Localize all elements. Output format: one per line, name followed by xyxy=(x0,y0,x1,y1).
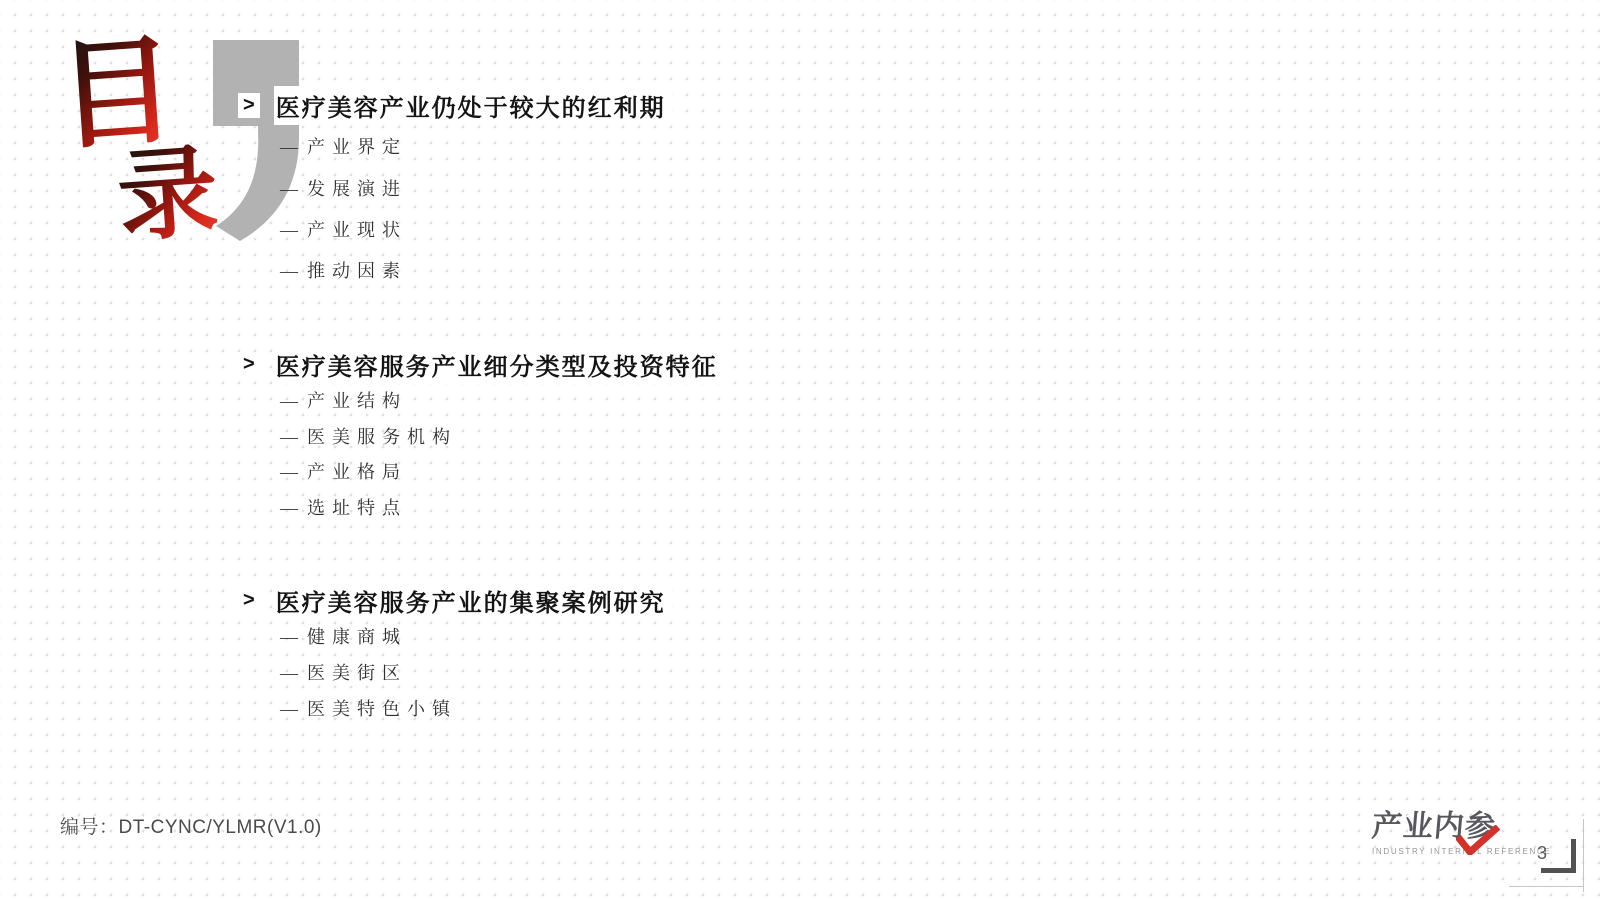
section-3-marker: > xyxy=(238,588,260,613)
toc-title-char-mu: 目 xyxy=(54,32,180,158)
toc-item-3-2: —医美街区 xyxy=(280,659,407,685)
corner-mark-horizontal xyxy=(1541,868,1576,873)
toc-item-label: 健康商城 xyxy=(307,627,407,647)
red-checkmark-icon xyxy=(1456,825,1500,855)
toc-item-label: 推动因素 xyxy=(307,261,407,281)
toc-title-char-lu: 录 xyxy=(115,143,222,250)
toc-item-label: 发展演进 xyxy=(307,179,407,199)
toc-item-1-3: —产业现状 xyxy=(280,216,407,242)
slide-canvas: 目 录 > 医疗美容产业仍处于较大的红利期 —产业界定 —发展演进 —产业现状 … xyxy=(0,0,1600,900)
toc-item-1-2: —发展演进 xyxy=(280,175,407,201)
section-1-heading: 医疗美容产业仍处于较大的红利期 xyxy=(274,86,672,125)
item-dash: — xyxy=(280,137,305,157)
toc-item-label: 医美街区 xyxy=(307,663,407,683)
toc-item-1-4: —推动因素 xyxy=(280,257,407,283)
item-dash: — xyxy=(280,498,305,518)
corner-line-horizontal xyxy=(1509,886,1584,887)
item-dash: — xyxy=(280,627,305,647)
section-2-heading: 医疗美容服务产业细分类型及投资特征 xyxy=(274,345,724,384)
toc-item-2-1: —产业结构 xyxy=(280,387,407,413)
item-dash: — xyxy=(280,261,305,281)
item-dash: — xyxy=(280,663,305,683)
brand-logo: 产业内参 INDUSTRY INTERNAL REFERENCE xyxy=(1372,810,1542,856)
toc-item-label: 产业格局 xyxy=(307,462,407,482)
toc-item-label: 选址特点 xyxy=(307,498,407,518)
item-dash: — xyxy=(280,220,305,240)
toc-item-label: 产业结构 xyxy=(307,391,407,411)
toc-item-2-4: —选址特点 xyxy=(280,494,407,520)
toc-item-1-1: —产业界定 xyxy=(280,133,407,159)
item-dash: — xyxy=(280,179,305,199)
toc-item-label: 医美服务机构 xyxy=(307,427,457,447)
item-dash: — xyxy=(280,391,305,411)
doc-number: 编号：DT-CYNC/YLMR(V1.0) xyxy=(60,812,322,839)
item-dash: — xyxy=(280,462,305,482)
toc-item-3-1: —健康商城 xyxy=(280,623,407,649)
item-dash: — xyxy=(280,427,305,447)
toc-item-label: 产业界定 xyxy=(307,137,407,157)
section-2-heading-row: > 医疗美容服务产业细分类型及投资特征 xyxy=(238,345,724,384)
toc-item-3-3: —医美特色小镇 xyxy=(280,695,457,721)
section-3-heading: 医疗美容服务产业的集聚案例研究 xyxy=(274,581,672,620)
toc-item-2-2: —医美服务机构 xyxy=(280,423,457,449)
page-number: 3 xyxy=(1537,843,1547,864)
toc-item-label: 产业现状 xyxy=(307,220,407,240)
section-3-heading-row: > 医疗美容服务产业的集聚案例研究 xyxy=(238,581,672,620)
toc-item-label: 医美特色小镇 xyxy=(307,699,457,719)
section-1-marker: > xyxy=(238,93,260,118)
corner-line-vertical xyxy=(1583,819,1584,892)
section-2-marker: > xyxy=(238,352,260,377)
toc-item-2-3: —产业格局 xyxy=(280,458,407,484)
item-dash: — xyxy=(280,699,305,719)
section-1-heading-row: > 医疗美容产业仍处于较大的红利期 xyxy=(238,86,672,125)
